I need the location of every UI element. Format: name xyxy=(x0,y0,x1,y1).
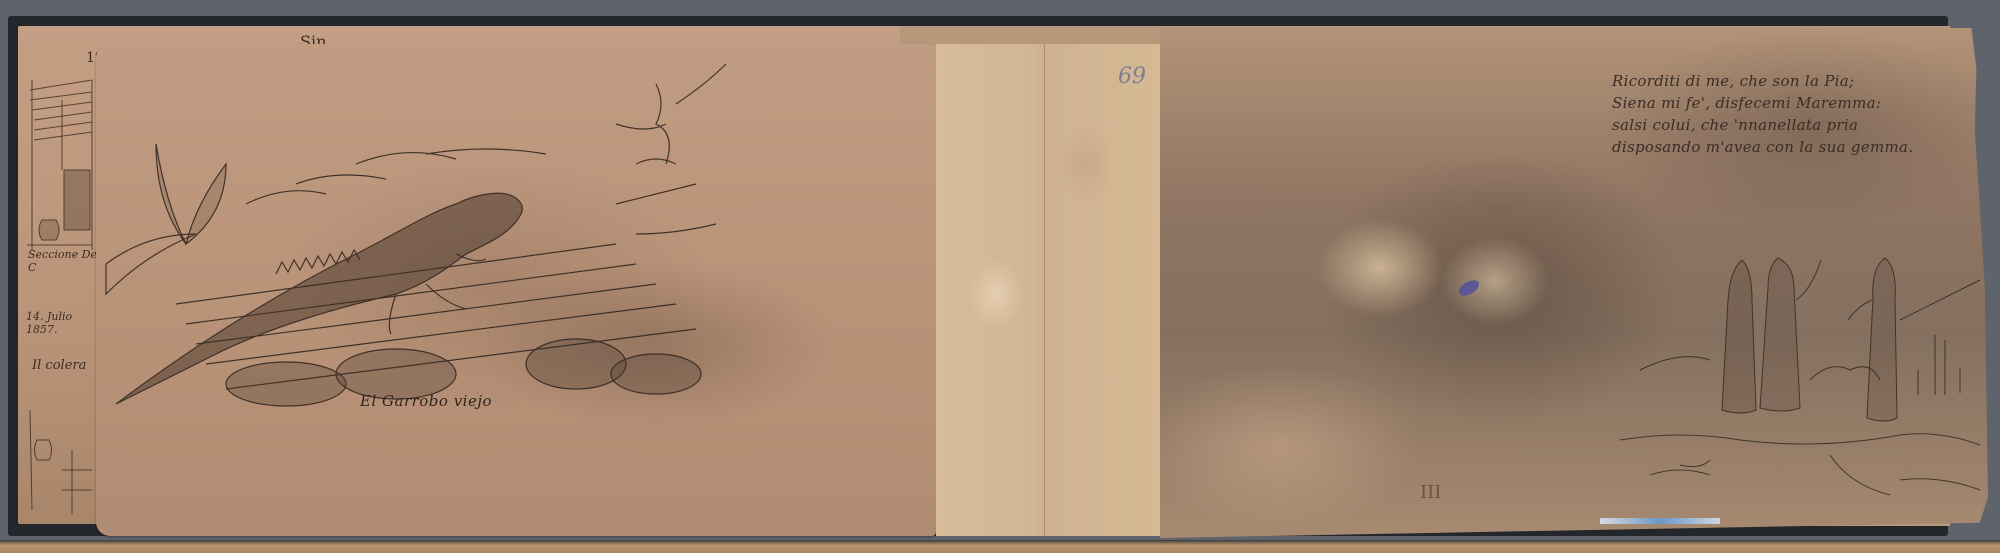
inserted-paper-slip xyxy=(1600,518,1720,524)
sliver-caption-2: Il colera xyxy=(32,358,86,373)
drawing-caption: El Garrobo viejo xyxy=(360,392,492,410)
poem-line: Siena mi fe', disfecemi Maremma: xyxy=(1612,92,1952,114)
bottom-mark: III xyxy=(1420,482,1441,503)
sliver-sketch-icon xyxy=(22,50,102,520)
poem-line: Ricorditi di me, che son la Pia; xyxy=(1612,70,1952,92)
page-number: 69 xyxy=(1118,64,1146,89)
previous-page-sliver: 19 Seccione Del C 14. Julio 1857. Il col… xyxy=(22,50,102,520)
figures-drawing-icon xyxy=(1600,240,2000,510)
table-edge xyxy=(0,540,2000,553)
page-fold xyxy=(1044,44,1045,536)
center-paper-strip xyxy=(936,44,1160,536)
handwritten-poem: Ricorditi di me, che son la Pia; Siena m… xyxy=(1612,70,1952,158)
left-page xyxy=(96,44,936,536)
poem-line: salsi colui, che 'nnanellata pria xyxy=(1612,114,1952,136)
sliver-date: 14. Julio 1857. xyxy=(26,310,102,336)
iguana-drawing-icon xyxy=(96,44,936,536)
sliver-caption: Seccione Del C xyxy=(28,248,102,274)
poem-line: disposando m'avea con la sua gemma. xyxy=(1612,136,1952,158)
paper-stain xyxy=(1440,236,1550,326)
